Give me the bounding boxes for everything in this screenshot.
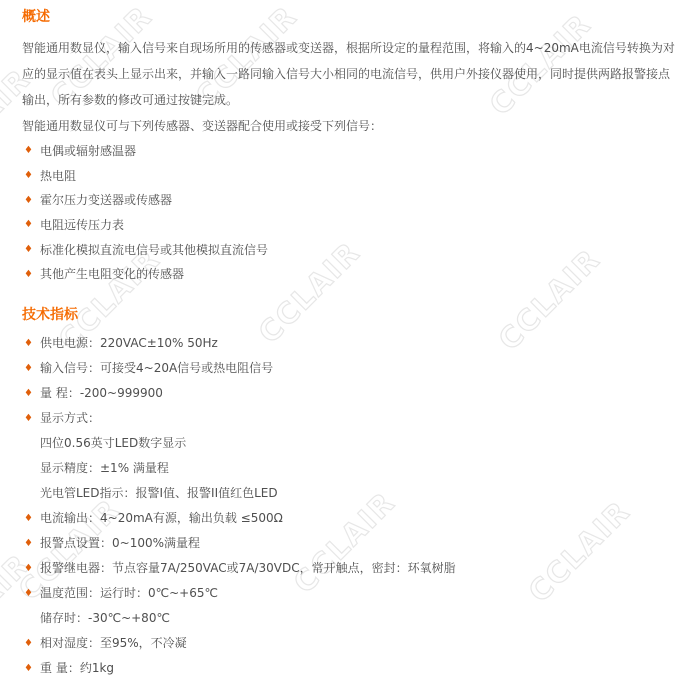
diamond-bullet-icon: ♦ (24, 146, 40, 156)
spec-item-label: 电流输出：4~20mA有源，输出负载 ≤500Ω (40, 506, 283, 531)
list-item-label: 电阻远传压力表 (40, 213, 124, 238)
page: CCLAIR CCLAIR CCLAIR CCLAIR CCLAIR CCLAI… (0, 0, 683, 681)
spec-item-label: 报警点设置：0~100%满量程 (40, 531, 200, 556)
spec-item-label: 报警继电器：节点容量7A/250VAC或7A/30VDC，常开触点，密封：环氧树… (40, 556, 456, 581)
spec-item: ♦ 电流输出：4~20mA有源，输出负载 ≤500Ω (22, 506, 675, 531)
diamond-bullet-icon: ♦ (24, 539, 40, 549)
specs-section: 技术指标 ♦ 供电电源：220VAC±10% 50Hz ♦ 输入信号：可接受4~… (22, 306, 675, 681)
spec-item: ♦ 温度范围：运行时：0℃~+65℃ (22, 581, 675, 606)
diamond-bullet-icon: ♦ (24, 514, 40, 524)
spec-item: ♦ 显示方式： (22, 406, 675, 431)
diamond-bullet-icon: ♦ (24, 171, 40, 181)
diamond-bullet-icon: ♦ (24, 364, 40, 374)
spec-item: ♦ 报警继电器：节点容量7A/250VAC或7A/30VDC，常开触点，密封：环… (22, 556, 675, 581)
list-item: ♦ 热电阻 (22, 164, 675, 189)
spec-item: ♦ 供电电源：220VAC±10% 50Hz (22, 331, 675, 356)
spec-item-continuation: 光电管LED指示：报警I值、报警II值红色LED (22, 481, 675, 506)
diamond-bullet-icon: ♦ (24, 414, 40, 424)
document-body: 概述 智能通用数显仪，输入信号来自现场所用的传感器或变送器，根据所设定的量程范围… (0, 0, 683, 681)
spec-item-label: 相对湿度：至95%，不冷凝 (40, 631, 187, 656)
spec-item-label: 温度范围：运行时：0℃~+65℃ (40, 581, 218, 606)
list-item-label: 热电阻 (40, 164, 76, 189)
spec-item-label: 供电电源：220VAC±10% 50Hz (40, 331, 218, 356)
paragraph-line: 应的显示值在表头上显示出来，并输入一路同输入信号大小相同的电流信号，供用户外接仪… (22, 61, 675, 87)
spec-item-label: 四位0.56英寸LED数字显示 (40, 431, 186, 456)
list-item: ♦ 霍尔压力变送器或传感器 (22, 188, 675, 213)
diamond-bullet-icon: ♦ (24, 196, 40, 206)
overview-section: 概述 智能通用数显仪，输入信号来自现场所用的传感器或变送器，根据所设定的量程范围… (22, 8, 675, 287)
spec-item: ♦ 重 量：约1kg (22, 656, 675, 681)
spec-item: ♦ 输入信号：可接受4~20A信号或热电阻信号 (22, 356, 675, 381)
list-item-label: 电偶或辐射感温器 (40, 139, 136, 164)
list-item-label: 霍尔压力变送器或传感器 (40, 188, 172, 213)
spec-item: ♦ 量 程：-200~999900 (22, 381, 675, 406)
diamond-bullet-icon: ♦ (24, 270, 40, 280)
list-item: ♦ 标准化模拟直流电信号或其他模拟直流信号 (22, 238, 675, 263)
spec-item-label: 光电管LED指示：报警I值、报警II值红色LED (40, 481, 278, 506)
overview-heading: 概述 (22, 8, 675, 27)
paragraph-line: 输出，所有参数的修改可通过按键完成。 (22, 87, 675, 113)
diamond-bullet-icon: ♦ (24, 339, 40, 349)
list-item: ♦ 电阻远传压力表 (22, 213, 675, 238)
overview-paragraph: 智能通用数显仪，输入信号来自现场所用的传感器或变送器，根据所设定的量程范围，将输… (22, 35, 675, 139)
spec-item: ♦ 相对湿度：至95%，不冷凝 (22, 631, 675, 656)
signal-type-list: ♦ 电偶或辐射感温器 ♦ 热电阻 ♦ 霍尔压力变送器或传感器 ♦ 电阻远传压力表… (22, 139, 675, 287)
paragraph-line: 智能通用数显仪，输入信号来自现场所用的传感器或变送器，根据所设定的量程范围，将输… (22, 35, 675, 61)
spec-item-continuation: 储存时：-30℃~+80℃ (22, 606, 675, 631)
diamond-bullet-icon: ♦ (24, 220, 40, 230)
spec-item: ♦ 报警点设置：0~100%满量程 (22, 531, 675, 556)
specs-list: ♦ 供电电源：220VAC±10% 50Hz ♦ 输入信号：可接受4~20A信号… (22, 331, 675, 681)
spec-item-label: 量 程：-200~999900 (40, 381, 163, 406)
spec-item-label: 重 量：约1kg (40, 656, 114, 681)
paragraph-line: 智能通用数显仪可与下列传感器、变送器配合使用或接受下列信号： (22, 113, 675, 139)
spec-item-label: 储存时：-30℃~+80℃ (40, 606, 170, 631)
spec-item-continuation: 显示精度：±1% 满量程 (22, 456, 675, 481)
diamond-bullet-icon: ♦ (24, 639, 40, 649)
list-item-label: 其他产生电阻变化的传感器 (40, 262, 184, 287)
diamond-bullet-icon: ♦ (24, 589, 40, 599)
spec-item-label: 显示精度：±1% 满量程 (40, 456, 169, 481)
diamond-bullet-icon: ♦ (24, 389, 40, 399)
specs-heading: 技术指标 (22, 306, 675, 325)
list-item: ♦ 其他产生电阻变化的传感器 (22, 262, 675, 287)
diamond-bullet-icon: ♦ (24, 564, 40, 574)
list-item: ♦ 电偶或辐射感温器 (22, 139, 675, 164)
spec-item-label: 输入信号：可接受4~20A信号或热电阻信号 (40, 356, 273, 381)
diamond-bullet-icon: ♦ (24, 664, 40, 674)
list-item-label: 标准化模拟直流电信号或其他模拟直流信号 (40, 238, 268, 263)
spec-item-label: 显示方式： (40, 406, 100, 431)
diamond-bullet-icon: ♦ (24, 245, 40, 255)
spec-item-continuation: 四位0.56英寸LED数字显示 (22, 431, 675, 456)
